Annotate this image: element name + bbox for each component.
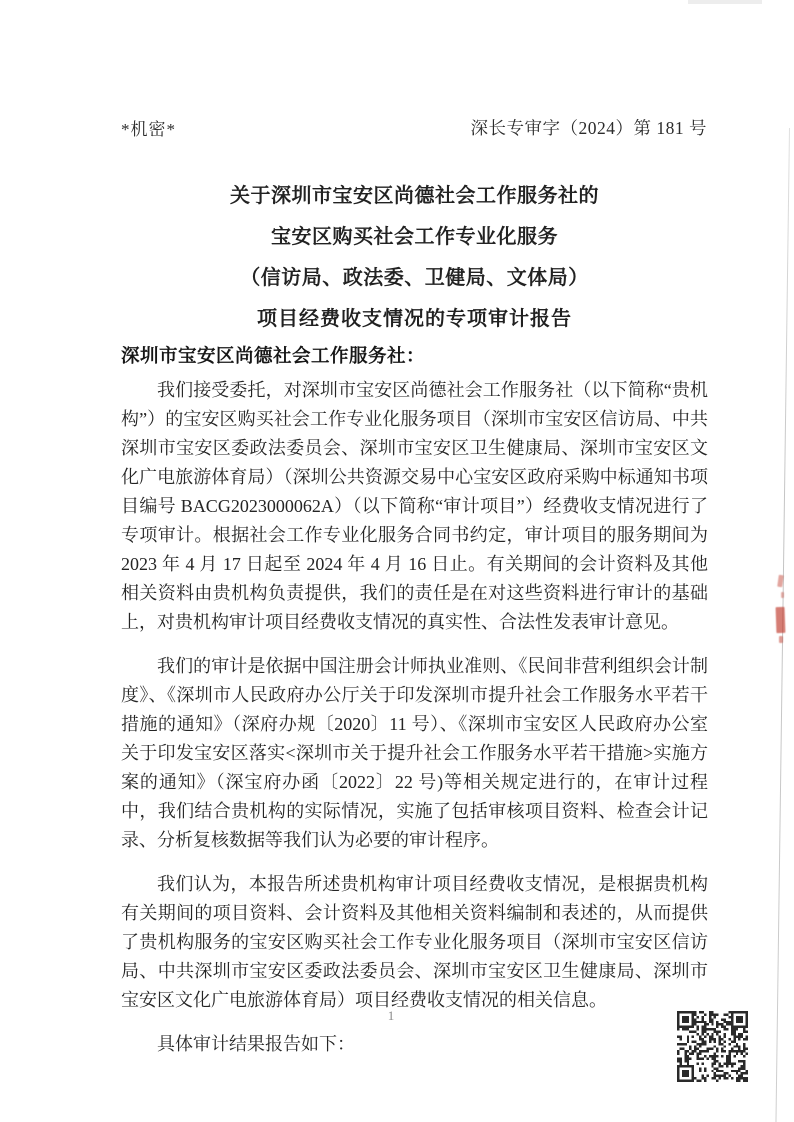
paragraph-opinion: 我们认为，本报告所述贵机构审计项目经费收支情况，是根据贵机构有关期间的项目资料、… — [121, 870, 708, 1015]
title-line-4: 项目经费收支情况的专项审计报告 — [121, 304, 708, 338]
qr-code — [677, 1011, 748, 1082]
paragraph-engagement: 我们接受委托，对深圳市宝安区尚德社会工作服务社（以下简称“贵机构”）的宝安区购买… — [121, 376, 708, 637]
title-line-2: 宝安区购买社会工作专业化服务 — [121, 222, 708, 263]
document-title: 关于深圳市宝安区尚德社会工作服务社的 宝安区购买社会工作专业化服务 （信访局、政… — [121, 181, 708, 338]
title-line-1: 关于深圳市宝安区尚德社会工作服务社的 — [121, 181, 708, 222]
document-header: *机密* 深长专审字（2024）第 181 号 — [121, 115, 707, 140]
salutation: 深圳市宝安区尚德社会工作服务社： — [121, 342, 425, 368]
title-line-3: （信访局、政法委、卫健局、文体局） — [121, 263, 708, 304]
scan-edge-smudge — [688, 0, 762, 4]
page-number: 1 — [121, 1008, 661, 1024]
red-seal-fragment — [776, 607, 786, 633]
red-seal-fragment — [781, 592, 784, 598]
red-seal-fragment — [779, 636, 783, 643]
paragraph-lead-in: 具体审计结果报告如下： — [121, 1030, 708, 1059]
classification-marking: *机密* — [121, 115, 176, 140]
scanned-document-page: *机密* 深长专审字（2024）第 181 号 关于深圳市宝安区尚德社会工作服务… — [0, 0, 794, 1122]
paragraph-audit-basis: 我们的审计是依据中国注册会计师执业准则、《民间非营利组织会计制度》、《深圳市人民… — [121, 652, 708, 855]
report-body: 我们接受委托，对深圳市宝安区尚德社会工作服务社（以下简称“贵机构”）的宝安区购买… — [121, 376, 708, 1074]
document-number: 深长专审字（2024）第 181 号 — [471, 115, 708, 140]
